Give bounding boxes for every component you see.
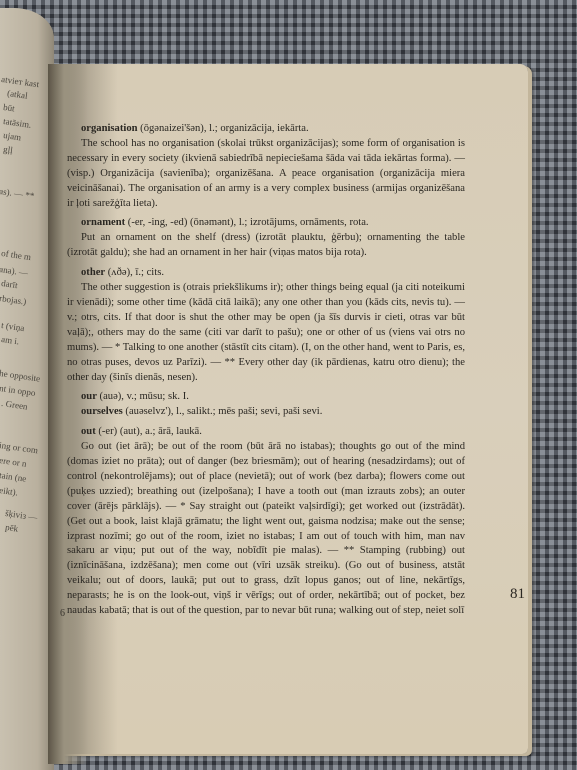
dictionary-entry-other: other (ʌðə), ī.; cits. The other suggest… <box>67 266 465 385</box>
left-page-text: ana). — <box>0 264 29 278</box>
left-page-text: gļļ <box>3 144 14 155</box>
left-page-text: rbojas.) <box>0 293 27 307</box>
left-page-text: ujam <box>3 130 22 142</box>
signature-mark: 6 <box>60 608 65 619</box>
left-page-text: ere or n <box>0 455 27 469</box>
left-page-text: nt in oppo <box>0 383 36 398</box>
left-page-text: tatāsim. <box>3 116 32 130</box>
headword: organisation <box>67 123 138 134</box>
entry-body: The other suggestion is (otrais priekšli… <box>67 281 465 385</box>
left-page-text: as). — ** <box>0 186 35 201</box>
dictionary-entry-organisation: organisation (ōgənaizei'šən), l.; organi… <box>67 122 465 211</box>
dictionary-entry-ornament: ornament (-er, -ing, -ed) (ōnəmənt), l.;… <box>67 216 465 261</box>
dictionary-entry-our: our (auə), v.; mūsu; sk. I. <box>67 390 465 405</box>
entry-body: The school has no organisation (skolai t… <box>67 137 465 212</box>
pronunciation-definition: (auəselvz'), l., salikt.; mēs paši; sevi… <box>123 406 323 417</box>
entry-body: Go out (iet ārā); be out of the room (bū… <box>67 440 465 619</box>
left-page-text: ing or com <box>0 440 39 455</box>
headword: ourselves <box>67 406 123 417</box>
left-page-text: t (viņa <box>1 320 25 333</box>
entry-body: Put an ornament on the shelf (dress) (iz… <box>67 231 465 261</box>
dictionary-text: organisation (ōgənaizei'šən), l.; organi… <box>67 122 465 619</box>
pronunciation-definition: (ʌðə), ī.; cits. <box>105 267 164 278</box>
left-page-text: (atkal <box>7 88 29 101</box>
left-page-text: šķiviз — <box>5 508 38 522</box>
left-page-text: he opposite <box>0 368 41 384</box>
left-page-text: atvieт kast <box>1 74 40 89</box>
headword: ornament <box>67 217 125 228</box>
left-page-text: eikt). <box>0 485 19 498</box>
left-page-text: of the m <box>1 248 32 262</box>
headword: out <box>67 426 96 437</box>
left-page-text: tain (ne <box>0 470 27 484</box>
left-page-text: am i. <box>1 334 20 346</box>
dictionary-entry-ourselves: ourselves (auəselvz'), l., salikt.; mēs … <box>67 405 465 420</box>
pronunciation-definition: (auə), v.; mūsu; sk. I. <box>97 391 189 402</box>
left-page-text: būt <box>3 102 16 114</box>
pronunciation-definition: (-er) (aut), a.; ārā, laukā. <box>96 426 202 437</box>
left-page-text: pēk <box>5 522 19 534</box>
pronunciation-definition: (-er, -ing, -ed) (ōnəmənt), l.; izrotāju… <box>125 217 368 228</box>
pronunciation-definition: (ōgənaizei'šən), l.; organizācija, iekār… <box>138 123 309 134</box>
left-page: atvieт kast (atkal būt tatāsim. ujam gļļ… <box>0 8 54 770</box>
page-number: 81 <box>510 586 525 603</box>
dictionary-entry-out: out (-er) (aut), a.; ārā, laukā. Go out … <box>67 425 465 619</box>
left-page-text: darīt <box>1 278 19 290</box>
headword: our <box>67 391 97 402</box>
headword: other <box>67 267 105 278</box>
left-page-text: . Green <box>1 398 29 412</box>
